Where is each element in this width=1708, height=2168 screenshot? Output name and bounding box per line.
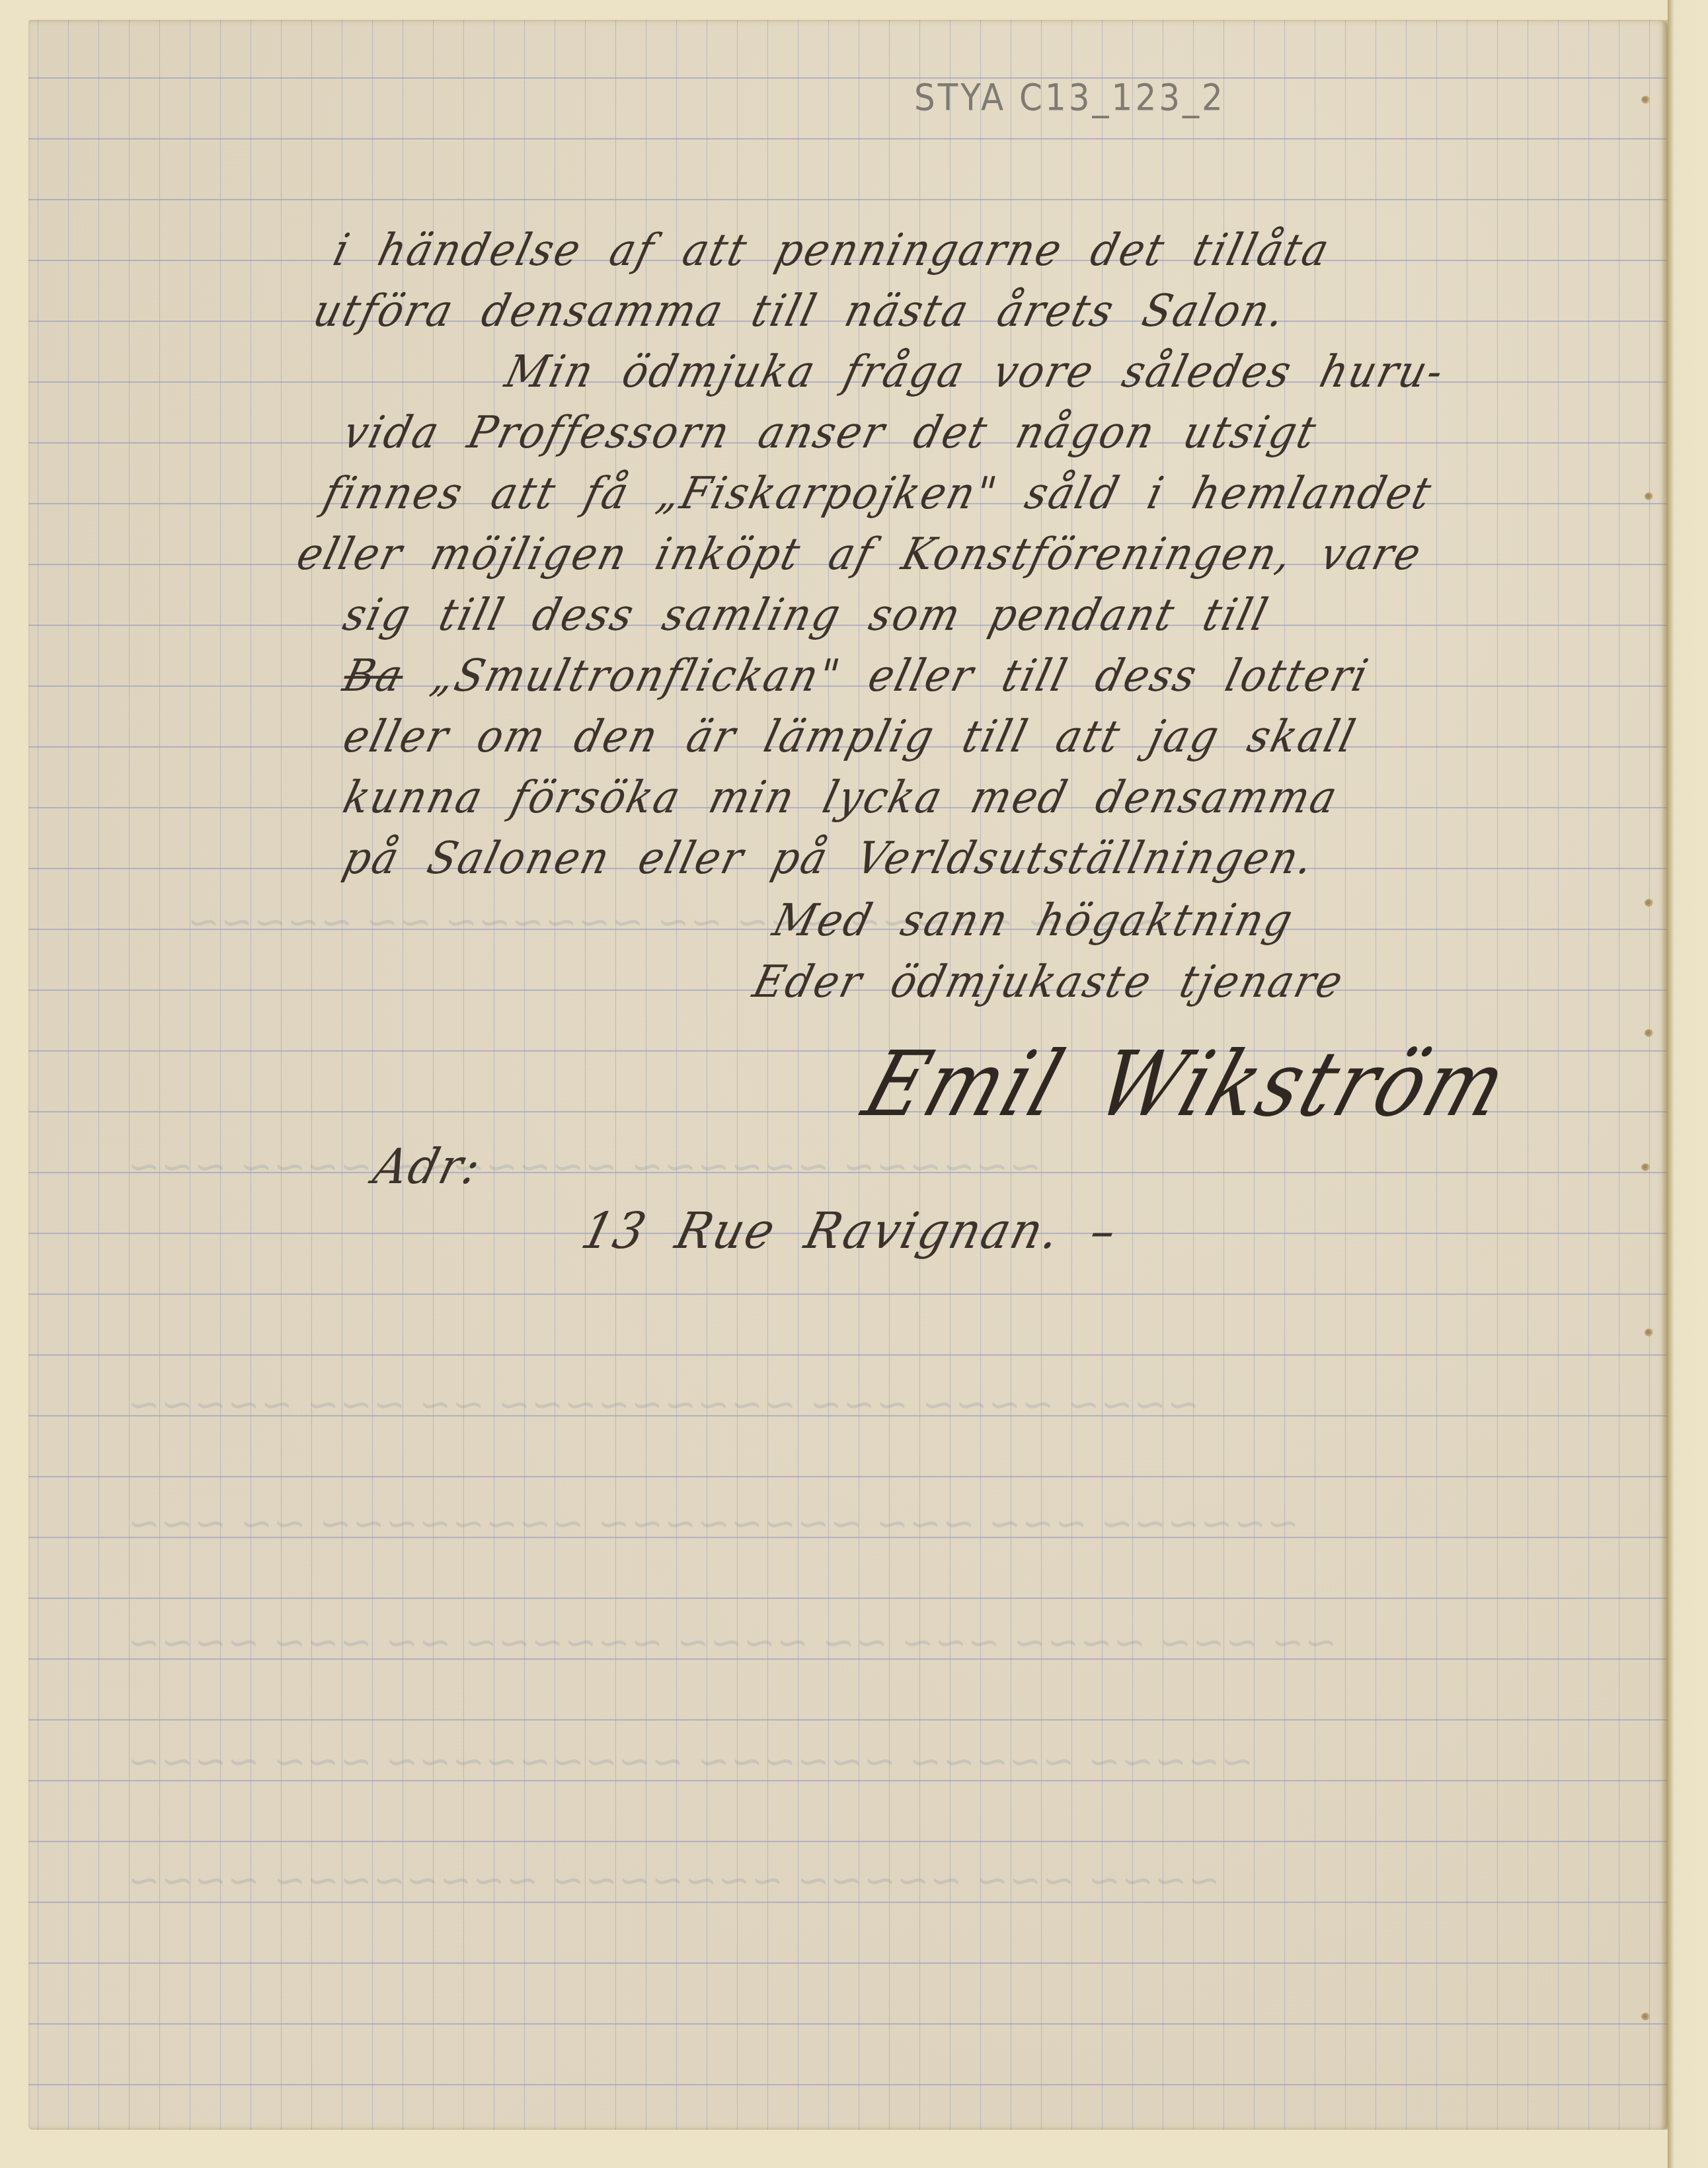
archive-reference-pencil: STYA C13_123_2 bbox=[914, 76, 1225, 118]
letter-page: ~~~~ ~~~~~ ~~~ ~~ ~~~~~~ ~~ ~~~~~ ~~~~~~… bbox=[28, 20, 1668, 2130]
letter-line-8-text: „Smultronflickan" eller till dess lotter… bbox=[426, 650, 1375, 702]
bleed-through-text: ~~ ~~~ ~~~~ ~~~ ~~ ~~~~ ~~~~~~ ~~ ~~~ ~~… bbox=[123, 1619, 1343, 1666]
letter-line-8: Ba „Smultronflickan" eller till dess lot… bbox=[339, 654, 1374, 698]
signature: Emil Wikström bbox=[855, 1039, 1519, 1129]
bleed-through-text: ~~~~~~ ~~~~~~ ~~~~~~~ ~~~~ ~~~ bbox=[123, 1143, 1047, 1190]
mount-backing bbox=[1668, 0, 1708, 2168]
stitch-hole bbox=[1645, 899, 1654, 907]
stitch-hole bbox=[1641, 96, 1650, 104]
paper-bound-edge bbox=[1661, 20, 1668, 2130]
letter-line-10: kunna försöka min lycka med densamma bbox=[339, 775, 1343, 820]
bleed-through-text: ~~~~~ ~~~~~ ~~~~~~ ~~~~~~~~~ ~~~ ~~~~ bbox=[123, 1738, 1259, 1785]
struck-word: Ba bbox=[338, 650, 410, 702]
stitch-hole bbox=[1645, 1029, 1654, 1037]
stitch-hole bbox=[1641, 2013, 1650, 2021]
bleed-through-text: ~~~~ ~~~~ ~~~ ~~~~~~~~~ ~~ ~~~ ~~~~~ bbox=[123, 1381, 1206, 1428]
letter-line-5: finnes att få „Fiskarpojken" såld i heml… bbox=[319, 471, 1437, 516]
bleed-through-text: ~~~~ ~~~ ~~~~~ ~~~~~~~ ~~~~~~~~ ~~~~ bbox=[123, 1857, 1226, 1904]
address-label: Adr: bbox=[369, 1143, 486, 1192]
letter-line-6: eller möjligen inköpt af Konstföreningen… bbox=[293, 532, 1427, 576]
closing-line-2: Eder ödmjukaste tjenare bbox=[749, 960, 1348, 1004]
stitch-hole bbox=[1645, 492, 1654, 500]
letter-line-2: utföra densamma till nästa årets Salon. bbox=[309, 289, 1291, 333]
stitch-hole bbox=[1641, 1163, 1650, 1171]
letter-line-7: sig till dess samling som pendant till bbox=[339, 593, 1274, 637]
letter-line-3: Min ödmjuka fråga vore således huru- bbox=[501, 350, 1450, 394]
letter-line-9: eller om den är lämplig till att jag ska… bbox=[339, 715, 1361, 759]
bleed-through-text: ~~~~~~ ~~~ ~~~ ~~~~~~~~ ~~~~~~~~ ~~ ~~~ bbox=[123, 1500, 1305, 1547]
letter-line-1: i händelse af att penningarne det tillåt… bbox=[329, 228, 1335, 272]
stitch-hole bbox=[1645, 1329, 1654, 1336]
address-text: 13 Rue Ravignan. – bbox=[577, 1206, 1123, 1256]
closing-line-1: Med sann högaktning bbox=[769, 898, 1298, 943]
letter-line-4: vida Proffessorn anser det någon utsigt bbox=[339, 410, 1322, 455]
letter-line-11: på Salonen eller på Verldsutställningen. bbox=[339, 836, 1319, 880]
